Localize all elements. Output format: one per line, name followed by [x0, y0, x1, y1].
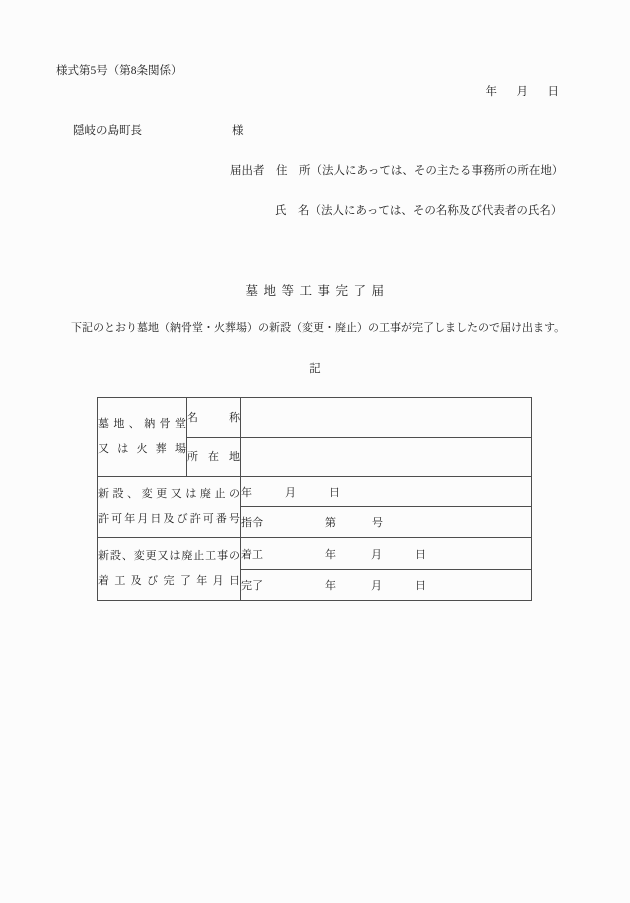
completion-day-label: 日 — [415, 577, 426, 593]
permit-date-year-label: 年 — [241, 484, 252, 500]
number-suffix-label: 号 — [372, 514, 383, 530]
permit-number-cell: 指令第号 — [241, 507, 532, 538]
completion-year-label: 年 — [325, 577, 336, 593]
start-date-cell: 着工年月日 — [241, 538, 532, 570]
form-number-label: 様式第5号（第8条関係） — [56, 64, 183, 78]
construction-label-cell: 新設、変更又は廃止工事の 着工及び完了年月日 — [98, 538, 241, 601]
recipient-honorific: 様 — [232, 124, 244, 138]
name-sublabel: 名称 — [187, 411, 240, 425]
date-line: 年 月 日 — [486, 85, 564, 99]
name-sublabel-cell: 名称 — [187, 398, 241, 438]
start-day-label: 日 — [415, 546, 426, 562]
directive-label: 指令 — [241, 514, 263, 530]
intro-sentence: 下記のとおり墓地（納骨堂・火葬場）の新設（変更・廃止）の工事が完了しましたので届… — [71, 321, 565, 335]
construction-label-line-2: 着工及び完了年月日 — [98, 569, 240, 594]
permit-label-cell: 新設、変更又は廃止の 許可年月日及び許可番号 — [98, 477, 241, 538]
section-marker: 記 — [0, 362, 630, 376]
start-label: 着工 — [241, 546, 263, 562]
submitter-address-line: 届出者 住 所（法人にあっては、その主たる事務所の所在地） — [230, 164, 563, 178]
location-sublabel-cell: 所在地 — [187, 438, 241, 477]
completion-month-label: 月 — [371, 577, 382, 593]
document-title: 墓地等工事完了届 — [0, 284, 630, 298]
permit-label-line-2: 許可年月日及び許可番号 — [98, 507, 240, 532]
location-value-cell — [241, 438, 532, 477]
permit-date-cell: 年月日 — [241, 477, 532, 507]
facility-label-cell: 墓地、納骨堂 又は火葬場 — [98, 398, 187, 477]
completion-label: 完了 — [241, 577, 263, 593]
document-page: 様式第5号（第8条関係） 年 月 日 隠岐の島町長 様 届出者 住 所（法人にあ… — [0, 0, 630, 903]
permit-date-month-label: 月 — [285, 484, 296, 500]
completion-table: 墓地、納骨堂 又は火葬場 名称 所在地 新設、変更又は廃止の 許可年月日及び許可… — [97, 397, 532, 601]
permit-label-line-1: 新設、変更又は廃止の — [98, 482, 240, 507]
table-row: 新設、変更又は廃止の 許可年月日及び許可番号 年月日 — [98, 477, 532, 507]
construction-label-line-1: 新設、変更又は廃止工事の — [98, 544, 240, 569]
table-row: 新設、変更又は廃止工事の 着工及び完了年月日 着工年月日 — [98, 538, 532, 570]
facility-label-line-1: 墓地、納骨堂 — [98, 412, 186, 437]
facility-label-line-2: 又は火葬場 — [98, 437, 186, 462]
location-sublabel: 所在地 — [187, 450, 240, 464]
completion-date-cell: 完了年月日 — [241, 570, 532, 601]
number-prefix-label: 第 — [325, 514, 336, 530]
start-year-label: 年 — [325, 546, 336, 562]
permit-date-day-label: 日 — [329, 484, 340, 500]
start-month-label: 月 — [371, 546, 382, 562]
table-row: 墓地、納骨堂 又は火葬場 名称 — [98, 398, 532, 438]
submitter-name-line: 氏 名（法人にあっては、その名称及び代表者の氏名） — [275, 204, 562, 218]
name-value-cell — [241, 398, 532, 438]
recipient-name: 隠岐の島町長 — [73, 124, 142, 138]
